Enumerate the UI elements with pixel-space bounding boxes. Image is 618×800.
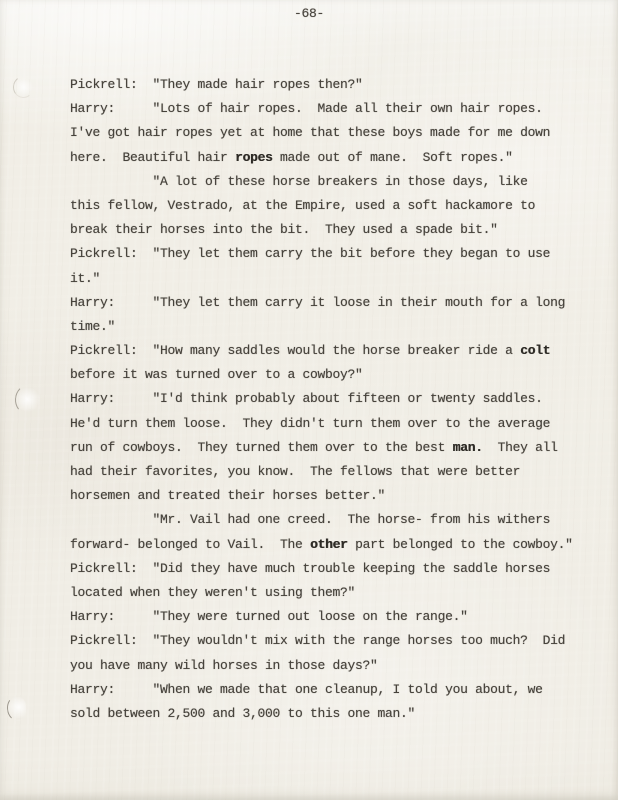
transcript-line: "A lot of these horse breakers in those … (70, 170, 605, 194)
text-segment: time." (70, 319, 115, 334)
text-segment: located when they weren't using them?" (70, 585, 355, 600)
transcript-line: "Mr. Vail had one creed. The horse- from… (70, 508, 605, 532)
transcript-line: Harry: "They were turned out loose on th… (70, 605, 605, 629)
transcript-line: before it was turned over to a cowboy?" (70, 363, 605, 387)
hole-punch-mark-top (12, 75, 36, 100)
transcript-line: run of cowboys. They turned them over to… (70, 436, 605, 460)
text-segment: Harry: "They let them carry it loose in … (70, 295, 565, 310)
text-segment: this fellow, Vestrado, at the Empire, us… (70, 198, 535, 213)
overstruck-text: colt (520, 343, 550, 358)
transcript-line: He'd turn them loose. They didn't turn t… (70, 412, 605, 436)
text-segment: He'd turn them loose. They didn't turn t… (70, 416, 550, 431)
transcript-line: forward- belonged to Vail. The other par… (70, 533, 605, 557)
transcript: Pickrell: "They made hair ropes then?"Ha… (70, 73, 605, 726)
text-segment: "Mr. Vail had one creed. The horse- from… (70, 512, 550, 527)
text-segment: you have many wild horses in those days?… (70, 658, 378, 673)
text-segment: Pickrell: "They let them carry the bit b… (70, 246, 550, 261)
text-segment: horsemen and treated their horses better… (70, 488, 385, 503)
overstruck-text: ropes (235, 150, 273, 165)
transcript-line: break their horses into the bit. They us… (70, 218, 605, 242)
text-segment: forward- belonged to Vail. The (70, 537, 310, 552)
transcript-line: Harry: "When we made that one cleanup, I… (70, 678, 605, 702)
transcript-line: you have many wild horses in those days?… (70, 654, 605, 678)
transcript-line: Pickrell: "They made hair ropes then?" (70, 73, 605, 97)
transcript-line: Harry: "Lots of hair ropes. Made all the… (70, 97, 605, 121)
transcript-line: horsemen and treated their horses better… (70, 484, 605, 508)
text-segment: run of cowboys. They turned them over to… (70, 440, 453, 455)
page-number: -68- (0, 7, 618, 21)
text-segment: Harry: "I'd think probably about fifteen… (70, 391, 543, 406)
transcript-line: had their favorites, you know. The fello… (70, 460, 605, 484)
text-segment: it." (70, 271, 100, 286)
text-segment: Harry: "They were turned out loose on th… (70, 609, 468, 624)
text-segment: here. Beautiful hair (70, 150, 235, 165)
transcript-line: here. Beautiful hair ropes made out of m… (70, 146, 605, 170)
transcript-line: Harry: "I'd think probably about fifteen… (70, 387, 605, 411)
text-segment: Pickrell: "Did they have much trouble ke… (70, 561, 550, 576)
text-segment: They all (483, 440, 558, 455)
text-segment: Harry: "When we made that one cleanup, I… (70, 682, 543, 697)
text-segment: I've got hair ropes yet at home that the… (70, 125, 550, 140)
transcript-line: located when they weren't using them?" (70, 581, 605, 605)
text-segment: Harry: "Lots of hair ropes. Made all the… (70, 101, 543, 116)
transcript-line: I've got hair ropes yet at home that the… (70, 121, 605, 145)
transcript-line: time." (70, 315, 605, 339)
scanned-document-page: -68- Pickrell: "They made hair ropes the… (0, 0, 618, 800)
text-segment: before it was turned over to a cowboy?" (70, 367, 363, 382)
text-segment: part belonged to the cowboy." (348, 537, 573, 552)
transcript-line: Pickrell: "They let them carry the bit b… (70, 242, 605, 266)
overstruck-text: other (310, 537, 348, 552)
text-segment: Pickrell: "They wouldn't mix with the ra… (70, 633, 565, 648)
transcript-line: Pickrell: "They wouldn't mix with the ra… (70, 629, 605, 653)
transcript-line: Harry: "They let them carry it loose in … (70, 291, 605, 315)
text-segment: break their horses into the bit. They us… (70, 222, 498, 237)
text-segment: had their favorites, you know. The fello… (70, 464, 520, 479)
transcript-line: sold between 2,500 and 3,000 to this one… (70, 702, 605, 726)
hole-punch-mark-bottom (6, 695, 29, 722)
transcript-line: this fellow, Vestrado, at the Empire, us… (70, 194, 605, 218)
transcript-line: Pickrell: "Did they have much trouble ke… (70, 557, 605, 581)
text-segment: Pickrell: "How many saddles would the ho… (70, 343, 520, 358)
transcript-line: Pickrell: "How many saddles would the ho… (70, 339, 605, 363)
text-segment: Pickrell: "They made hair ropes then?" (70, 77, 363, 92)
text-segment: made out of mane. Soft ropes." (273, 150, 513, 165)
overstruck-text: man. (453, 440, 483, 455)
transcript-line: it." (70, 267, 605, 291)
hole-punch-mark-middle (14, 384, 41, 415)
text-segment: sold between 2,500 and 3,000 to this one… (70, 706, 415, 721)
text-segment: "A lot of these horse breakers in those … (70, 174, 528, 189)
